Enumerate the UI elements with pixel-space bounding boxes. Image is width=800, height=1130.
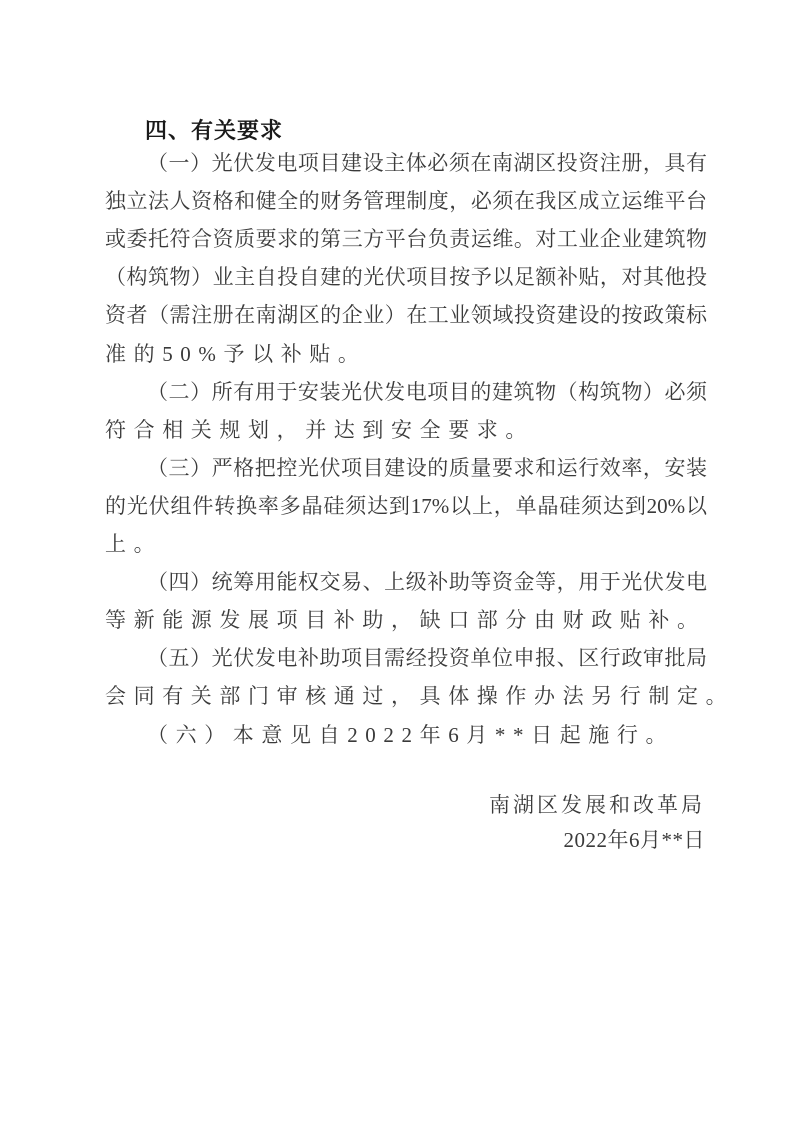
issuer-name: 南湖区发展和改革局 <box>489 791 705 819</box>
paragraph-line: 的光伏组件转换率多晶硅须达到17%以上，单晶硅须达到20%以 <box>105 492 707 520</box>
paragraph-line: 独立法人资格和健全的财务管理制度，必须在我区成立运维平台 <box>105 187 707 215</box>
paragraph-line: 上。 <box>105 530 707 558</box>
issue-date: 2022年6月**日 <box>564 826 706 854</box>
paragraph-line: 或委托符合资质要求的第三方平台负责运维。对工业企业建筑物 <box>105 225 707 253</box>
paragraph-line: （构筑物）业主自投自建的光伏项目按予以足额补贴，对其他投 <box>105 263 707 291</box>
paragraph-line: （三）严格把控光伏项目建设的质量要求和运行效率，安装 <box>147 454 707 482</box>
paragraph-line: 符合相关规划，并达到安全要求。 <box>105 416 707 444</box>
document-page: 四、有关要求 （一）光伏发电项目建设主体必须在南湖区投资注册，具有独立法人资格和… <box>0 0 800 1130</box>
paragraph-line: （四）统筹用能权交易、上级补助等资金等，用于光伏发电 <box>147 568 707 596</box>
paragraph-line: （二）所有用于安装光伏发电项目的建筑物（构筑物）必须 <box>147 378 707 406</box>
section-heading: 四、有关要求 <box>145 117 283 147</box>
paragraph-line: （五）光伏发电补助项目需经投资单位申报、区行政审批局 <box>147 644 707 672</box>
paragraph-line: （一）光伏发电项目建设主体必须在南湖区投资注册，具有 <box>147 149 707 177</box>
paragraph-line: 准的50%予以补贴。 <box>105 340 707 368</box>
paragraph-line: 资者（需注册在南湖区的企业）在工业领域投资建设的按政策标 <box>105 301 707 329</box>
paragraph-line: 等新能源发展项目补助，缺口部分由财政贴补。 <box>105 606 707 634</box>
paragraph-line: 会同有关部门审核通过，具体操作办法另行制定。 <box>105 682 707 710</box>
paragraph-line: （六）本意见自2022年6月**日起施行。 <box>147 721 707 749</box>
